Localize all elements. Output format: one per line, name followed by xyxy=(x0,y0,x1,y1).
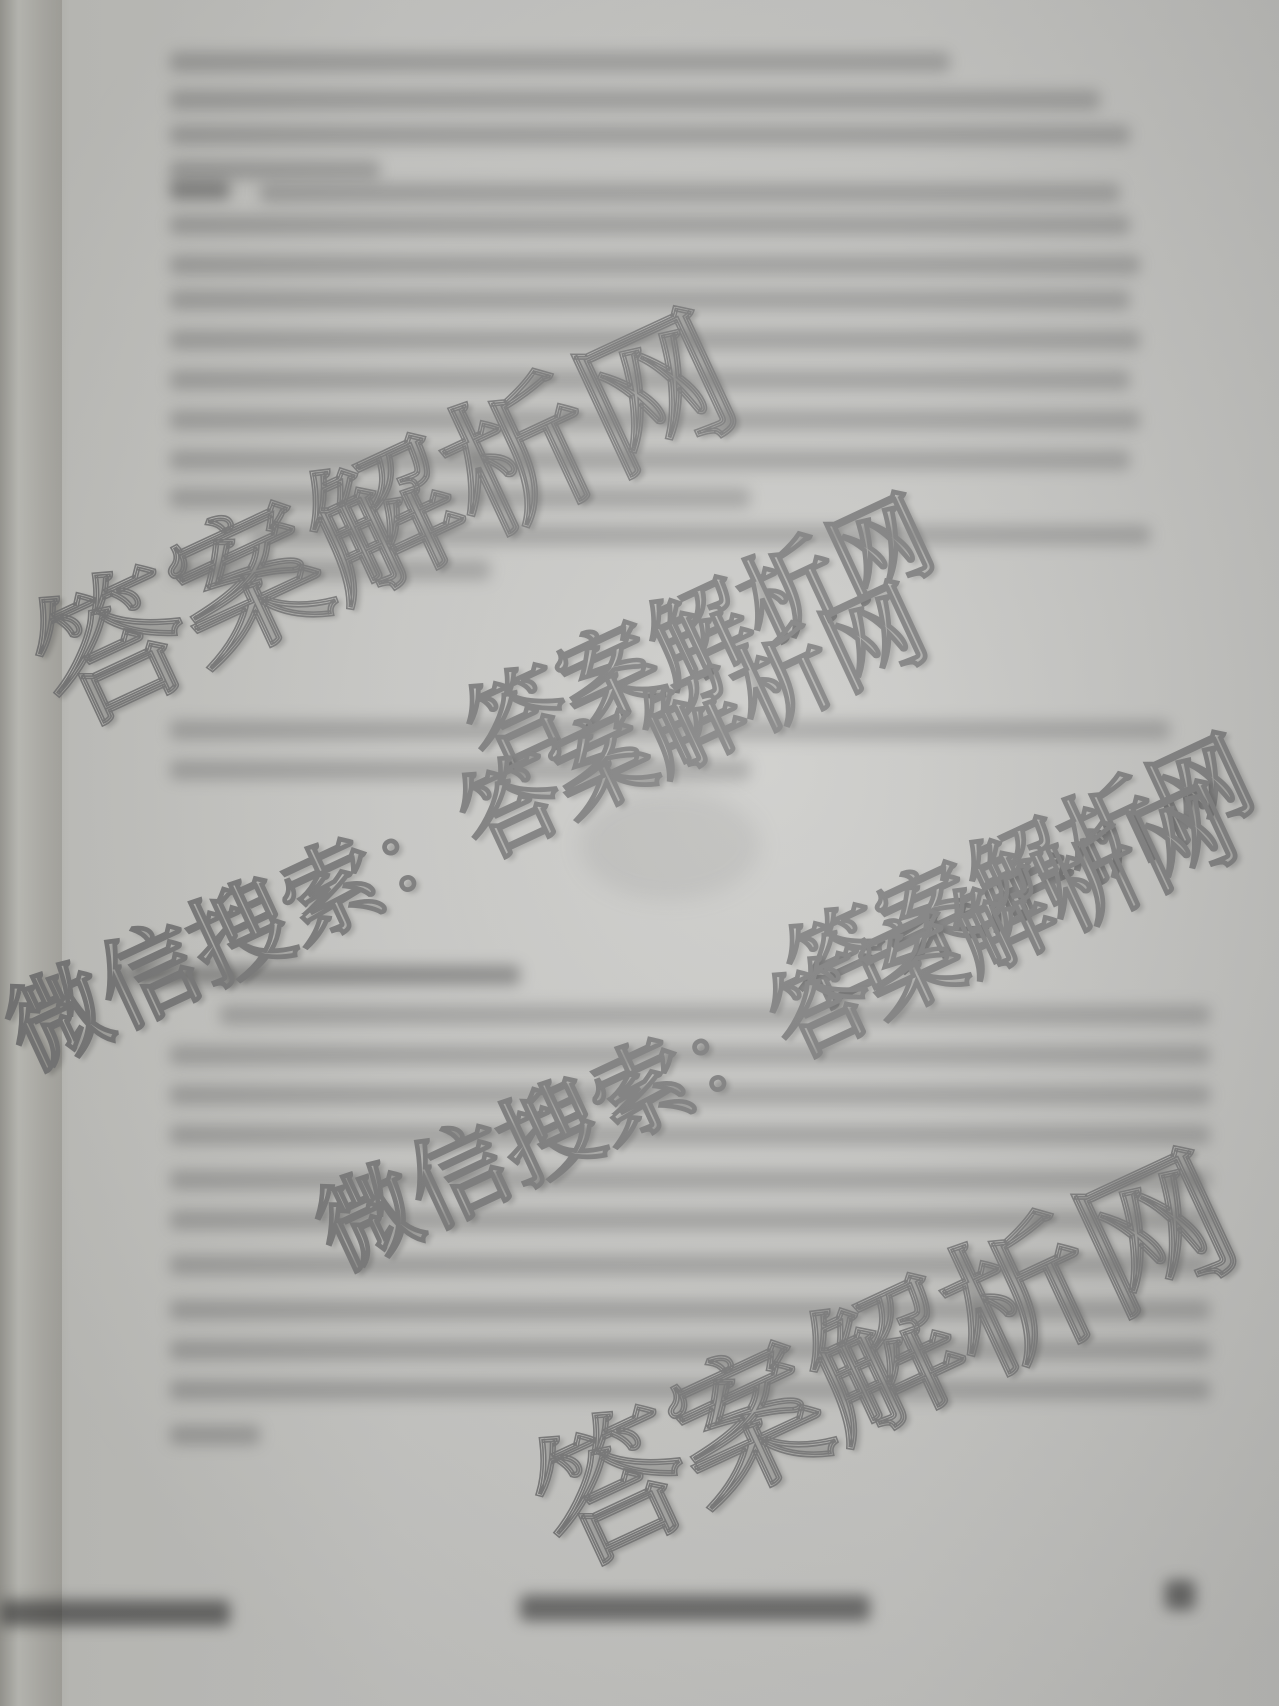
text-line xyxy=(170,215,1130,235)
text-line xyxy=(170,1425,260,1445)
text-line xyxy=(170,180,230,200)
book-spine xyxy=(0,0,62,1706)
text-line xyxy=(170,52,950,72)
footer-left-text xyxy=(0,1600,230,1626)
text-line xyxy=(170,160,380,180)
text-line xyxy=(260,183,1120,203)
page-number xyxy=(1165,1580,1195,1610)
footer-center-text xyxy=(520,1595,870,1621)
text-line xyxy=(170,90,1100,110)
text-line xyxy=(170,125,1130,145)
